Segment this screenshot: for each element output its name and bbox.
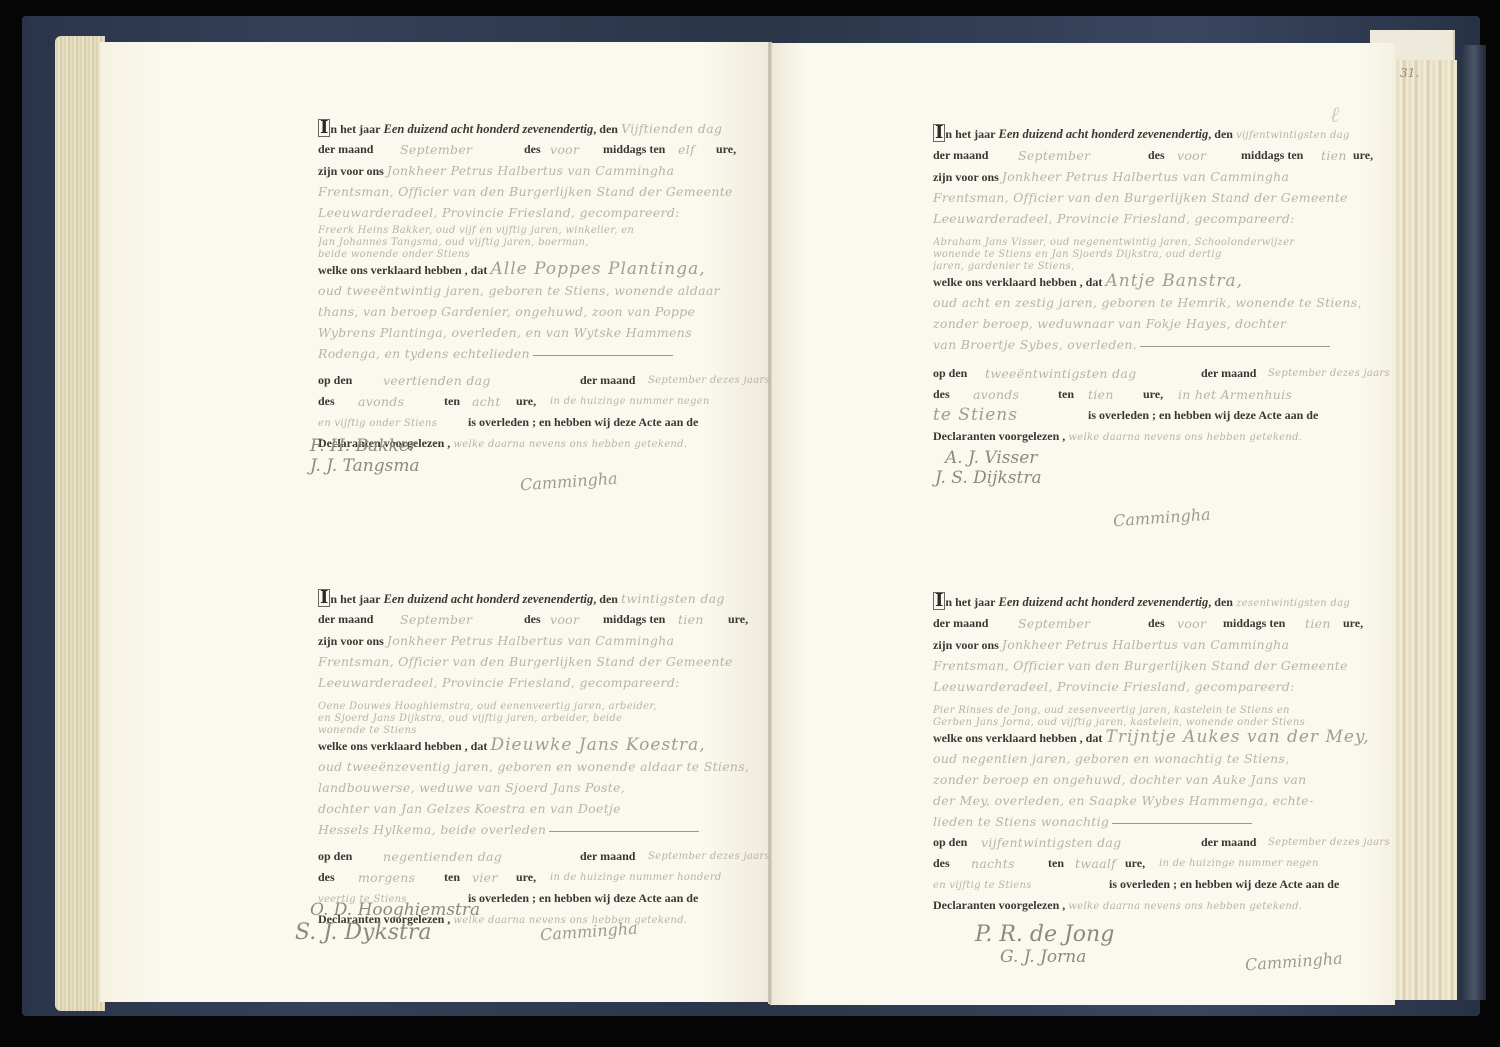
declarant-signature: S. J. Dykstra — [295, 920, 480, 945]
official-name: Jonkheer Petrus Halbertus van Cammingha — [387, 163, 674, 178]
printed-year: Een duizend acht honderd zevenendertig — [999, 127, 1209, 141]
deceased-name: Trijntje Aukes van der Mey, — [1105, 727, 1369, 747]
registration-part-of-day: voor — [550, 139, 579, 160]
deceased-name: Alle Poppes Plantinga, — [490, 259, 705, 279]
declarants: Abraham Jans Visser, oud negenentwintig … — [933, 237, 1294, 247]
death-place: in de huizinge nummer honderd — [550, 867, 722, 888]
death-record-4: In het jaar Een duizend acht honderd zev… — [933, 592, 1403, 916]
death-record-2: In het jaar Een duizend acht honderd zev… — [318, 588, 788, 930]
death-hour: tien — [1088, 384, 1114, 405]
printed-year: Een duizend acht honderd zevenendertig — [384, 122, 594, 136]
printed-year: Een duizend acht honderd zevenendertig — [999, 595, 1209, 609]
fill-line — [1112, 823, 1252, 824]
death-day: tweeëntwintigsten dag — [985, 363, 1136, 384]
death-month: September dezes jaars — [648, 370, 770, 391]
registration-day: zesentwintigsten dag — [1236, 598, 1350, 609]
closing-phrase: welke daarna nevens ons hebben getekend. — [1068, 901, 1302, 912]
registration-day: vijfentwintigsten dag — [1236, 130, 1350, 141]
registration-month: September — [1018, 613, 1090, 634]
declarants: Pier Rinses de Jong, oud zesenveertig ja… — [933, 705, 1290, 715]
declarant-signature: J. S. Dijkstra — [935, 468, 1042, 488]
declarant-signature: P. R. de Jong — [975, 922, 1114, 947]
death-part-of-day: morgens — [358, 867, 415, 888]
deceased-name: Dieuwke Jans Koestra, — [490, 735, 705, 755]
closing-phrase: welke daarna nevens ons hebben getekend. — [1068, 432, 1302, 443]
registration-month: September — [1018, 145, 1090, 166]
registration-part-of-day: voor — [550, 609, 579, 630]
death-hour: twaalf — [1075, 853, 1116, 874]
registration-day: Vijftienden dag — [621, 121, 722, 136]
death-place: in de huizinge nummer negen — [1159, 853, 1319, 874]
death-hour: vier — [472, 867, 498, 888]
official-name: Jonkheer Petrus Halbertus van Cammingha — [387, 633, 674, 648]
registration-hour: elf — [678, 139, 695, 160]
declarant-signature: O. D. Hooghiemstra — [295, 900, 480, 920]
registration-month: September — [400, 139, 472, 160]
closing-phrase: welke daarna nevens ons hebben getekend. — [453, 439, 687, 450]
registration-hour: tien — [678, 609, 704, 630]
page-stack-left — [55, 36, 105, 1011]
deceased-details: oud acht en zestig jaren, geboren te Hem… — [933, 295, 1362, 310]
death-day: veertienden dag — [383, 370, 491, 391]
signatures-record-3: A. J. Visser J. S. Dijkstra Cammingha — [935, 448, 1042, 488]
decorative-initial: I — [318, 589, 330, 607]
death-part-of-day: nachts — [971, 853, 1015, 874]
registration-hour: tien — [1321, 145, 1347, 166]
decorative-initial: I — [318, 119, 330, 137]
official-name: Jonkheer Petrus Halbertus van Cammingha — [1002, 169, 1289, 184]
declarants: Oene Douwes Hooghiemstra, oud eenenveert… — [318, 701, 657, 711]
death-day: vijfentwintigsten dag — [981, 832, 1121, 853]
signatures-record-2: O. D. Hooghiemstra S. J. Dykstra Camming… — [295, 900, 480, 945]
page-stack-right — [1395, 60, 1457, 1000]
death-record-3: In het jaar Een duizend acht honderd zev… — [933, 124, 1403, 447]
decorative-initial: I — [933, 124, 945, 142]
registration-part-of-day: voor — [1177, 145, 1206, 166]
death-place: in het Armenhuis — [1178, 384, 1292, 405]
registration-hour: tien — [1305, 613, 1331, 634]
registration-month: September — [400, 609, 472, 630]
death-day: negentienden dag — [383, 846, 502, 867]
declarant-signature: A. J. Visser — [935, 448, 1042, 468]
deceased-details: oud tweeënzeventig jaren, geboren en won… — [318, 759, 749, 774]
death-part-of-day: avonds — [358, 391, 404, 412]
official-name: Jonkheer Petrus Halbertus van Cammingha — [1002, 637, 1289, 652]
deceased-details: oud tweeëntwintig jaren, geboren te Stie… — [318, 283, 720, 298]
death-month: September dezes jaars — [1268, 363, 1390, 384]
death-part-of-day: avonds — [973, 384, 1019, 405]
death-month: September dezes jaars — [1268, 832, 1390, 853]
page-number: 31. — [1400, 66, 1419, 80]
death-record-1: In het jaar Een duizend acht honderd zev… — [318, 118, 788, 454]
fill-line — [1140, 346, 1330, 347]
death-month: September dezes jaars — [648, 846, 770, 867]
declarant-signature: G. J. Jorna — [975, 947, 1114, 967]
decorative-initial: I — [933, 592, 945, 610]
declarant-signature: F. H. Bakker — [310, 436, 420, 456]
signatures-record-1: F. H. Bakker J. J. Tangsma Cammingha — [310, 436, 420, 476]
printed-year: Een duizend acht honderd zevenendertig — [384, 592, 594, 606]
declarant-signature: J. J. Tangsma — [310, 456, 420, 476]
death-hour: acht — [472, 391, 501, 412]
deceased-name: Antje Banstra, — [1105, 271, 1243, 291]
deceased-details: oud negentien jaren, geboren en wonachti… — [933, 751, 1290, 766]
registration-part-of-day: voor — [1177, 613, 1206, 634]
fill-line — [533, 355, 673, 356]
registration-day: twintigsten dag — [621, 591, 725, 606]
signatures-record-4: P. R. de Jong G. J. Jorna Cammingha — [975, 922, 1114, 967]
declarants: Freerk Heins Bakker, oud vijf en vijftig… — [318, 225, 634, 235]
book-cover-edge — [1462, 45, 1486, 1000]
death-place: in de huizinge nummer negen — [550, 391, 710, 412]
fill-line — [549, 831, 699, 832]
